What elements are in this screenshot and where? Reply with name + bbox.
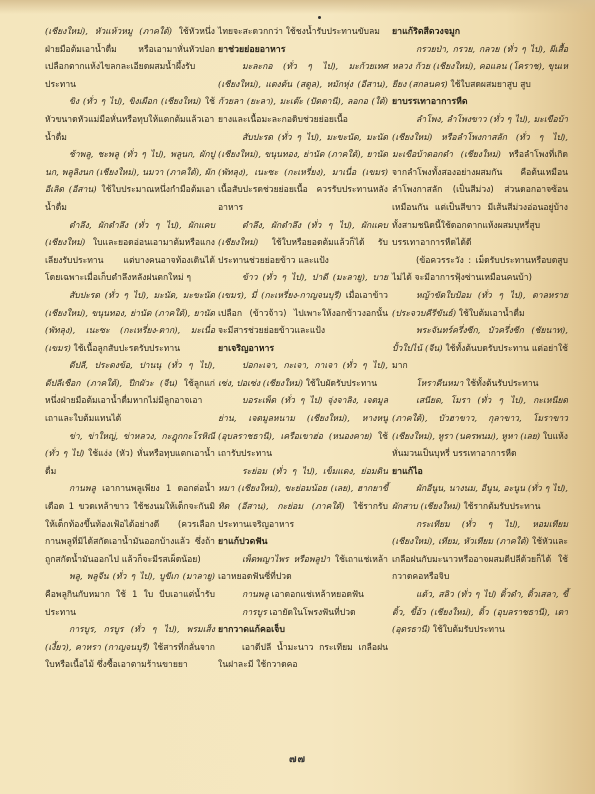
column-right: ยาแก้ริดสีดวงจมูกกรวยป่า, กรวย, กลวย (ทั… <box>392 24 568 640</box>
page-number: ๗๗ <box>0 752 595 767</box>
paragraph: ระย่อม (ทั่ว ๆ ไป), เข็มแดง, ย่อมดินหมา … <box>218 464 388 534</box>
paragraph: ขิง (ทั่ว ๆ ไป), ขิงเผือก (เชียงใหม่) ใช… <box>45 94 215 147</box>
paragraph: โหราดีนหมา ใช้ทั้งต้นรับประทาน <box>392 376 568 394</box>
plant-names: ขิง (ทั่ว ๆ ไป), ขิงเผือก (เชียงใหม่) <box>69 97 201 107</box>
description-text: คือพลูกินกับหมาก ใช้ 1 ใบ บีบเอาแต่น้ำรั… <box>45 590 215 618</box>
paragraph: (เชียงใหม่), หัวแห้วหมู (ภาคใต้) ใช้หัวห… <box>45 24 215 94</box>
section-heading: ยาแก้ไอ <box>392 464 568 482</box>
paragraph: ปอกะเจา, กะเจา, กาเจา (ทั่ว ๆ ไป), เซ่ง,… <box>218 358 388 393</box>
description-text: ใช้เนื้อลูกสับปะรดรับประทาน <box>71 344 180 354</box>
paragraph: มะละกอ (ทั่ว ๆ ไป), มะก้วยเทศ (เชียงใหม่… <box>218 59 388 129</box>
description-text: เอาดอกแช่เหล้าหยอดฟัน <box>269 590 364 600</box>
paragraph: ตำลึง, ผักตำลึง (ทั่ว ๆ ไป), ผักแคบ (เชี… <box>45 218 215 288</box>
paragraph: ตำลึง, ผักตำลึง (ทั่ว ๆ ไป), ผักแคบ (เชี… <box>218 218 388 271</box>
paragraph: กระเทียม (ทั่ว ๆ ไป), หอมเทียม (เชียงใหม… <box>392 517 568 587</box>
description-text: ใช้รากต้มรับประทาน <box>461 502 541 512</box>
paragraph: เอาดีปลี น้ำมะนาว กระเทียม เกลือฝนในฝาละ… <box>218 640 388 675</box>
paragraph: พระจันทร์ครึ่งซีก, บัวครึ่งซีก (ชัยนาท),… <box>392 323 568 376</box>
plant-names: กานพลู <box>242 590 269 600</box>
paragraph: สับปะรด (ทั่ว ๆ ไป), มะขะนัด, มะนัด (เชี… <box>218 130 388 218</box>
section-heading: ยาเจริญอาหาร <box>218 341 388 359</box>
plant-names: พลู, พลูจีน (ทั่ว ๆ ไป), บูขีเก (มาลายู) <box>69 572 215 582</box>
paragraph: เพ็ดพญาไพร หรือพลูป่า ใช้เถาแช่เหล้าเอาห… <box>218 552 388 587</box>
paragraph: (ข้อควรระวัง : เม็ดรับประทานหรือบดสูบไม่… <box>392 253 568 288</box>
plant-names: เพ็ดพญาไพร หรือพลูป่า <box>242 555 330 565</box>
description-text: ใช้ใบต้มรับประทาน <box>430 625 505 635</box>
paragraph: ช้าพลู, ชะพลู (ทั่ว ๆ ไป), พลูนก, ผักปูน… <box>45 147 215 217</box>
paragraph: แต้ว, สลิว (ทั่ว ๆ ไป) ติ้วดำ, ติ้วเสลา,… <box>392 587 568 640</box>
paragraph: บอระเพ็ด (ทั่ว ๆ ไป) จุ่งจาลิง, เจตมูลย่… <box>218 393 388 463</box>
paragraph: ไทยจะสะดวกกว่า ใช้ชงน้ำรับประทานขับลม <box>218 24 388 42</box>
paragraph: กรวยป่า, กรวย, กลวย (ทั่ว ๆ ไป), ผีเสื้อ… <box>392 42 568 95</box>
description-text: เอายัดในโพรงฟันที่ปวด <box>267 608 356 618</box>
plant-names: โหราดีนหมา <box>416 379 463 389</box>
paragraph: ดีปลี, ประดงข้อ, ปานนุ (ทั่ว ๆ ไป), ดีปล… <box>45 358 215 428</box>
plant-names: มะละกอ (ทั่ว ๆ ไป), มะก้วยเทศ (เชียงใหม่… <box>218 62 388 107</box>
plant-names: (เชียงใหม่), หัวแห้วหมู (ภาคใต้) <box>45 27 172 37</box>
description-text: เอากานพลูเพียง 1 ดอกต่อน้ำเดือด 1 ขวดเหล… <box>45 484 215 564</box>
column-left: (เชียงใหม่), หัวแห้วหมู (ภาคใต้) ใช้หัวห… <box>45 24 215 675</box>
plant-names: บอระเพ็ด (ทั่ว ๆ ไป) จุ่งจาลิง, เจตมูลย่… <box>218 396 388 441</box>
ink-speck <box>318 16 321 19</box>
description-text: ยางและเนื้อมะละกอดิบช่วยย่อยเนื้อ <box>218 115 348 125</box>
paragraph: พลู, พลูจีน (ทั่ว ๆ ไป), บูขีเก (มาลายู)… <box>45 569 215 622</box>
description-text: เอาดีปลี น้ำมะนาว กระเทียม เกลือฝนในฝาละ… <box>218 643 388 671</box>
description-text: ใช้ใบต้มเอาน้ำดื่ม <box>456 309 525 319</box>
description-text: (ข้อควรระวัง : เม็ดรับประทานหรือบดสูบไม่… <box>392 256 568 284</box>
description-text: ใช้ใบสดผสมยาสูบ สูบ <box>448 80 531 90</box>
paragraph: สับปะรด (ทั่ว ๆ ไป), มะนัด, มะขะนัด (เชี… <box>45 288 215 358</box>
plant-names: สับปะรด (ทั่ว ๆ ไป), มะขะนัด, มะนัด (เชี… <box>218 133 388 178</box>
section-heading: ยาแก้ริดสีดวงจมูก <box>392 24 568 42</box>
section-heading: ยาบรรเทาอาการหืด <box>392 94 568 112</box>
plant-names: การบูร <box>242 608 267 618</box>
paragraph: เสนียด, โมรา (ทั่ว ๆ ไป), กะเหนียด (ภาคใ… <box>392 393 568 463</box>
description-text: ใช้ใบผัดรับประทาน <box>303 379 377 389</box>
plant-names: กานพลู <box>69 484 96 494</box>
section-heading: ยากวาดแก้คอเจ็บ <box>218 622 388 640</box>
paragraph: ข่า, ข่าใหญ่, ข่าหลวง, กะฎุกกะโรหิณี (ทั… <box>45 429 215 482</box>
paragraph: หญ้าขัดใบป้อม (ทั่ว ๆ ไป), ตาลหราย (ประจ… <box>392 288 568 323</box>
paragraph: กานพลู เอาดอกแช่เหล้าหยอดฟัน <box>218 587 388 605</box>
section-heading: ยาช่วยย่อยอาหาร <box>218 42 388 60</box>
description-text: หรือลำโพงที่เกิดจากลำโพงทั้งสองอย่างผสมก… <box>392 150 568 248</box>
paragraph: การบูร, กรบูร (ทั่ว ๆ ไป), พรมเส็ง (เงี้… <box>45 622 215 675</box>
column-middle: ไทยจะสะดวกกว่า ใช้ชงน้ำรับประทานขับลมยาช… <box>218 24 388 675</box>
book-page: (เชียงใหม่), หัวแห้วหมู (ภาคใต้) ใช้หัวห… <box>0 0 595 794</box>
description-text: ใช้ทั้งต้นรับประทาน <box>463 379 538 389</box>
section-heading: ยาแก้ปวดฟัน <box>218 534 388 552</box>
description-text: ไทยจะสะดวกกว่า ใช้ชงน้ำรับประทานขับลม <box>218 27 380 37</box>
paragraph: กานพลู เอากานพลูเพียง 1 ดอกต่อน้ำเดือด 1… <box>45 481 215 569</box>
paragraph: ลำโพง, ลำโพงขาว (ทั่ว ๆ ไป), มะเขือบ้า (… <box>392 112 568 253</box>
description-text: เนื้อสับปะรดช่วยย่อยเนื้อ ควรรับประทานหล… <box>218 185 388 213</box>
paragraph: การบูร เอายัดในโพรงฟันที่ปวด <box>218 605 388 623</box>
paragraph: ผักอีนูน, นางนม, อีนูน, อะนูน (ทั่ว ๆ ไป… <box>392 481 568 516</box>
paragraph: ข้าว (ทั่ว ๆ ไป), ปาดี (มะลายู), บาย (เข… <box>218 270 388 340</box>
